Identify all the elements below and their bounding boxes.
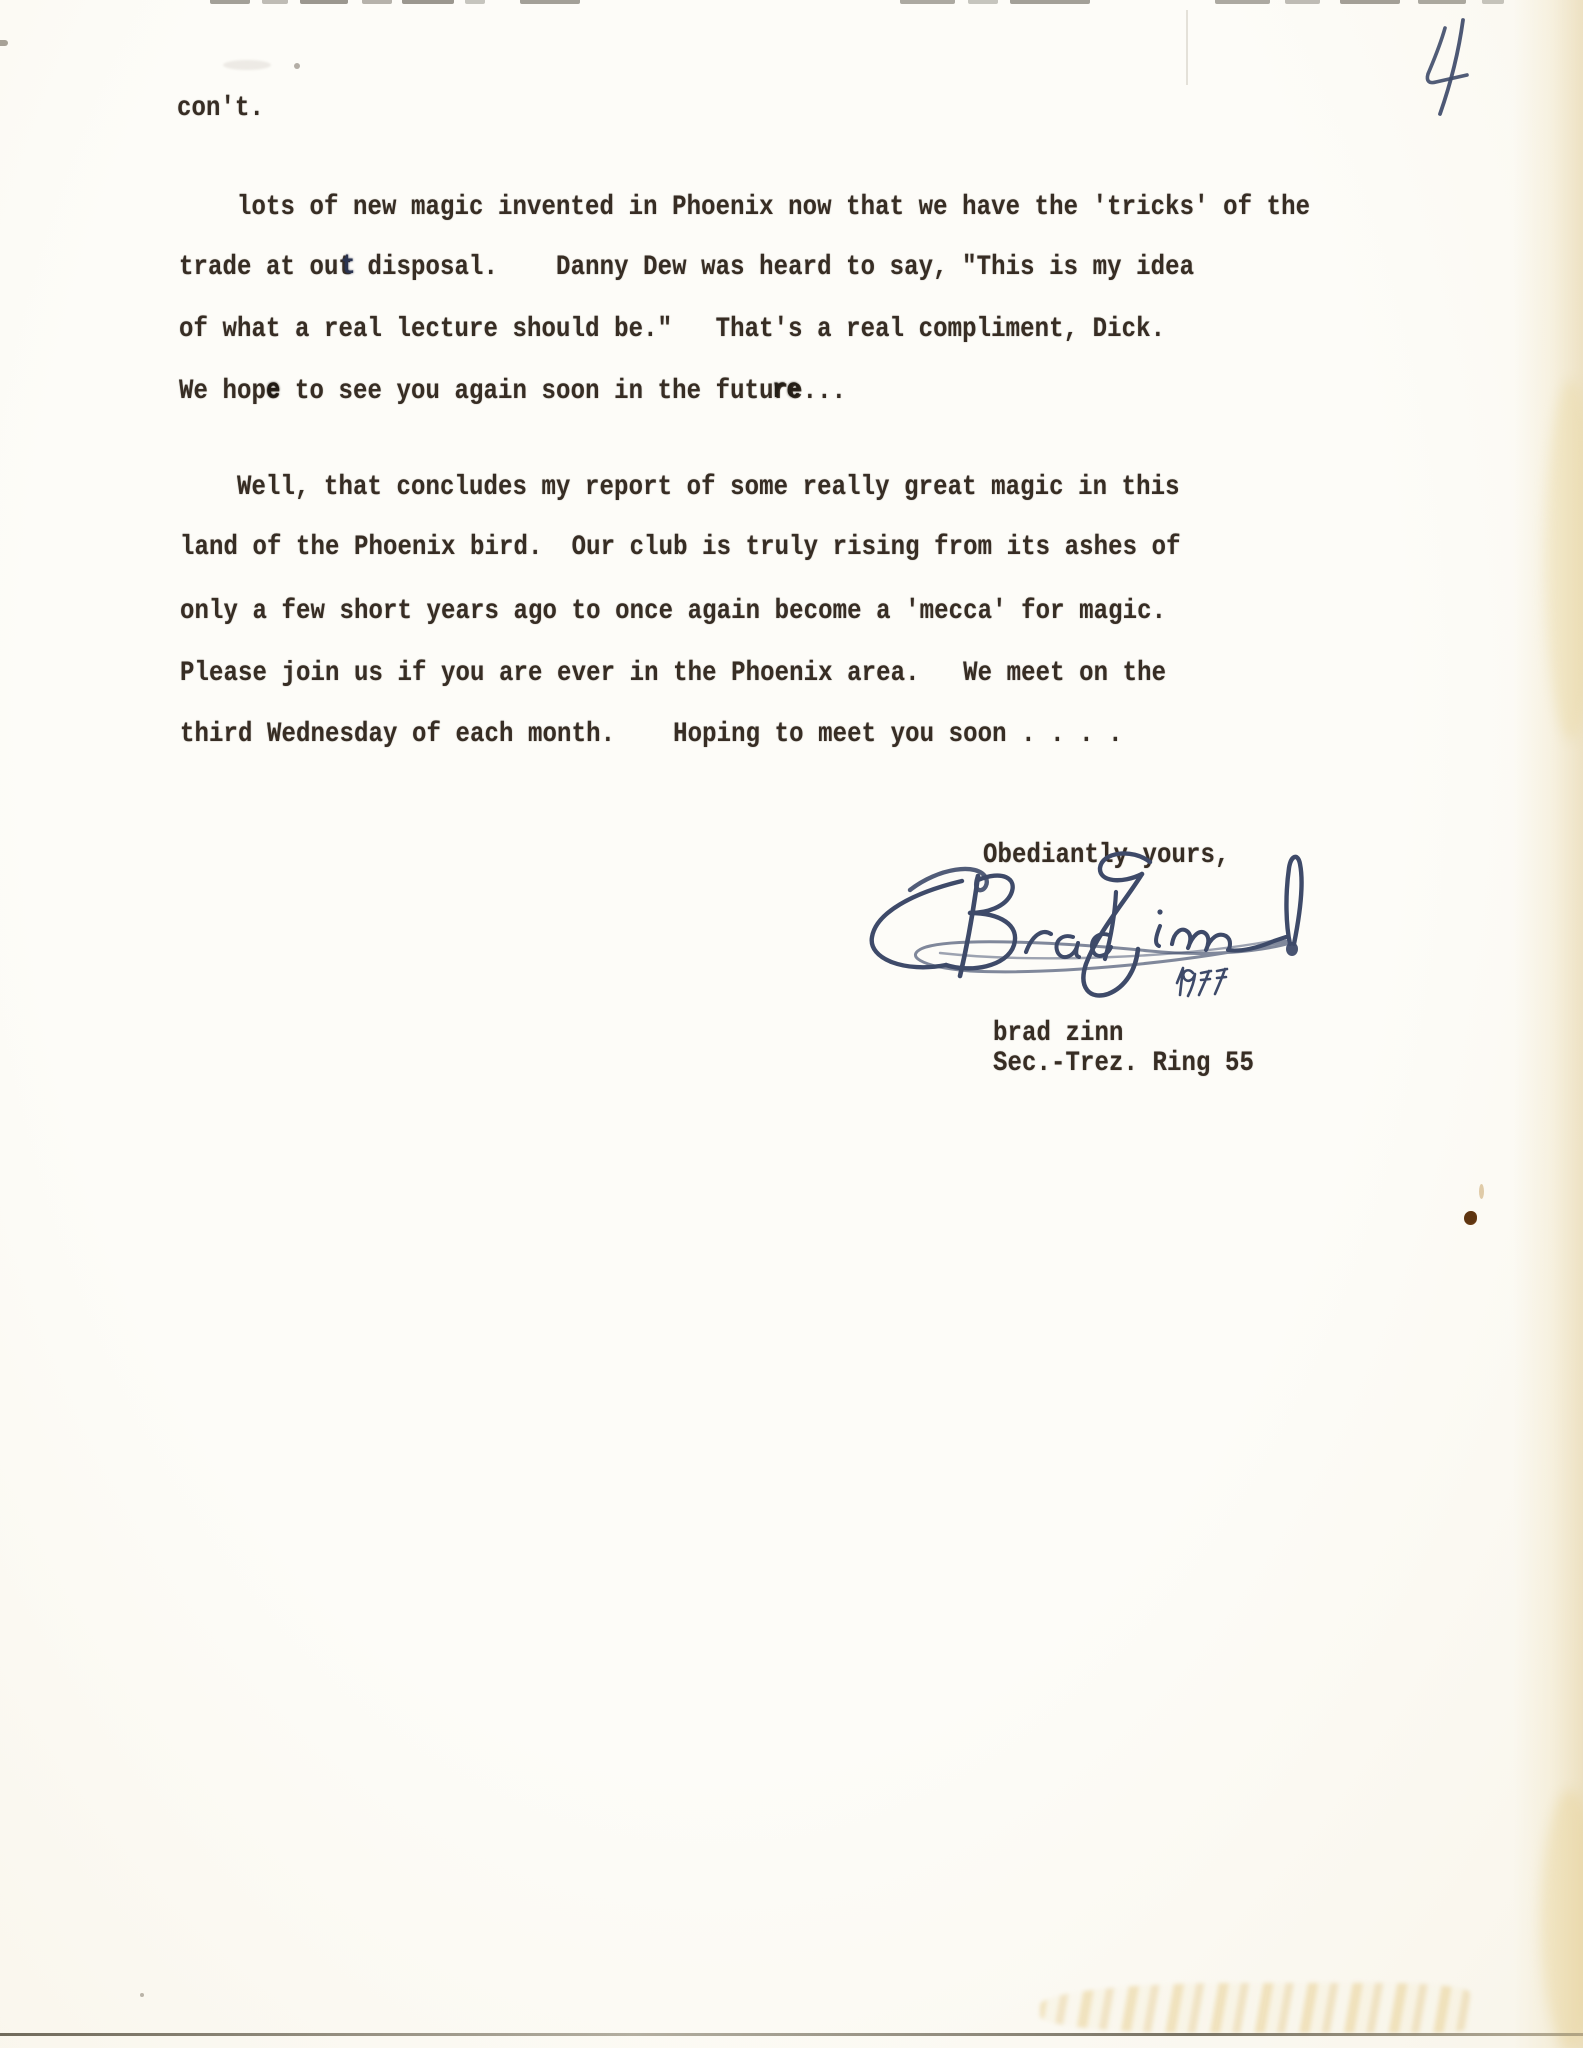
typed-line: of what a real lecture should be." That'…	[179, 315, 1165, 345]
rust-stain-dot	[1464, 1211, 1477, 1225]
bottom-edge-yellowing	[1040, 1983, 1470, 2033]
overstrike-mark: e	[266, 376, 280, 406]
smudge-dot	[294, 63, 300, 69]
typed-line: lots of new magic invented in Phoenix no…	[237, 193, 1310, 223]
typed-line: third Wednesday of each month. Hoping to…	[180, 720, 1123, 750]
speck	[140, 1993, 144, 1997]
page-bottom-scan-line	[0, 2033, 1583, 2036]
signature-year-strokes: 1977	[1177, 968, 1227, 996]
edge-speck	[0, 40, 8, 46]
scanned-letter-page: 4 con't. lots of new magic invented in P…	[0, 0, 1583, 2048]
paper-crease	[1186, 10, 1188, 85]
page-number-handwritten: 4	[1412, 14, 1490, 122]
typed-signature-title: Sec.-Trez. Ring 55	[993, 1049, 1254, 1079]
typed-line: land of the Phoenix bird. Our club is tr…	[180, 533, 1181, 563]
typed-line: trade at out disposal. Danny Dew was hea…	[179, 253, 1194, 283]
paper-edge-yellowing	[1513, 0, 1583, 2048]
overstrike-mark: re	[772, 376, 801, 406]
signature-brad-zinn: Brad Zinn 1977	[850, 846, 1320, 1018]
typed-line: only a few short years ago to once again…	[180, 597, 1166, 627]
overstrike-mark: t	[341, 252, 355, 282]
smudge	[223, 60, 271, 70]
typed-line: Please join us if you are ever in the Ph…	[180, 659, 1166, 689]
continuation-label: con't.	[177, 94, 264, 124]
typed-signature-name: brad zinn	[993, 1019, 1124, 1049]
faint-stain-speck	[1479, 1184, 1484, 1199]
typed-line: Well, that concludes my report of some r…	[237, 473, 1180, 503]
